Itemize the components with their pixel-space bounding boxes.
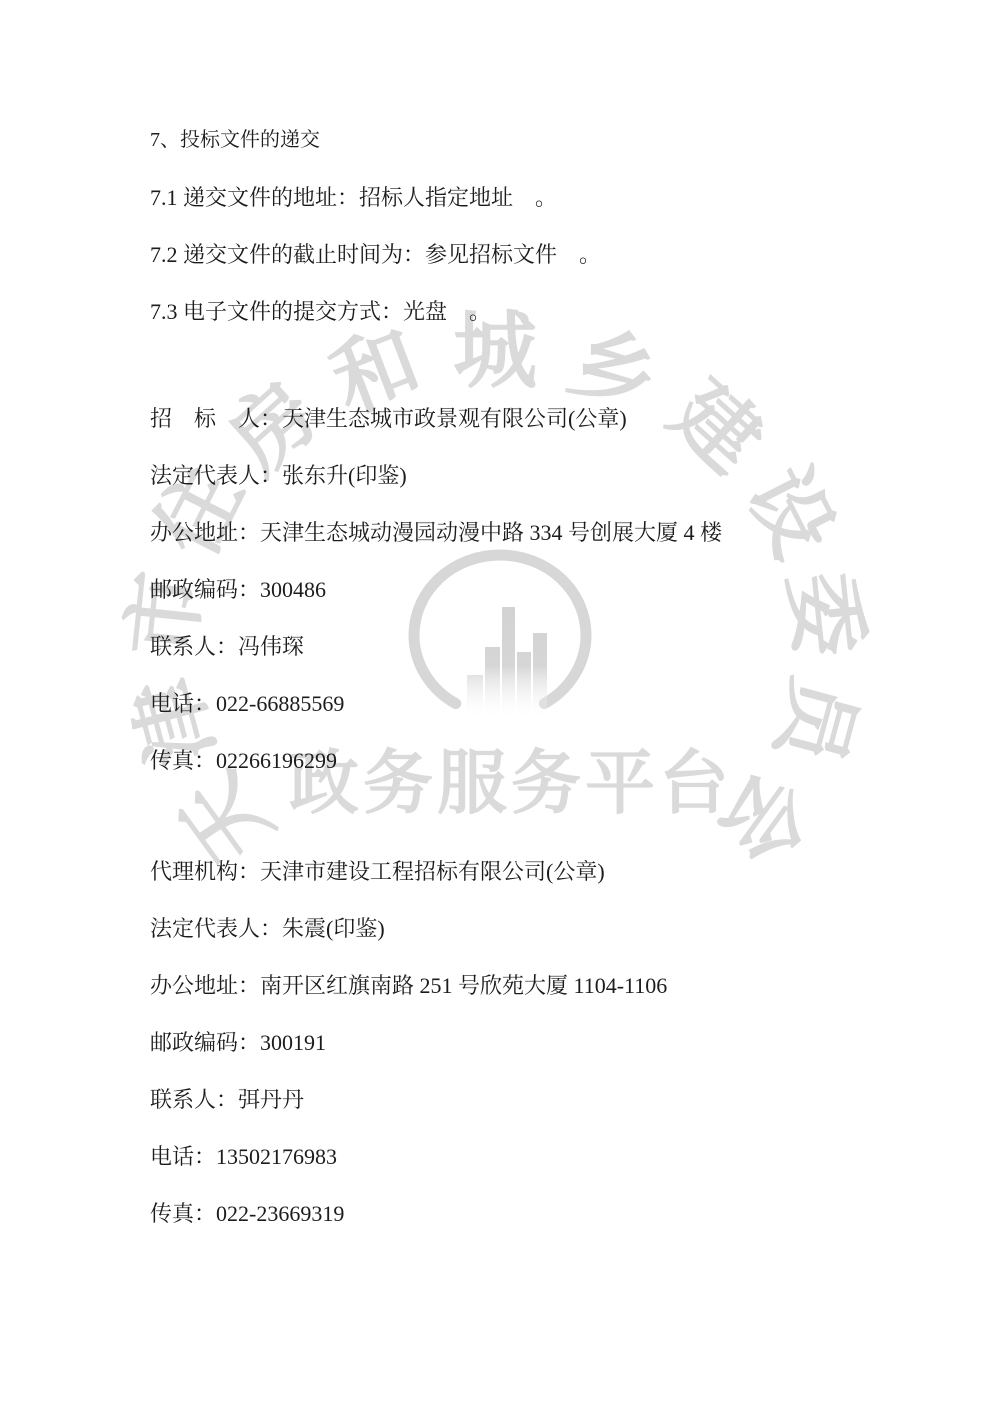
field-value: 天津生态城市政景观有限公司(公章) [282, 406, 627, 431]
agency-legal-rep-line: 法定代表人：朱震(印鉴) [150, 914, 900, 943]
field-value: 13502176983 [216, 1144, 337, 1169]
clause-7-2: 7.2 递交文件的截止时间为：参见招标文件 。 [150, 240, 900, 269]
field-label: 传真： [150, 748, 216, 773]
field-label: 法定代表人： [150, 916, 282, 941]
field-label: 电话： [150, 1144, 216, 1169]
field-label: 代理机构： [150, 859, 260, 884]
field-label: 邮政编码： [150, 1030, 260, 1055]
field-value: 天津市建设工程招标有限公司(公章) [260, 859, 605, 884]
field-value: 弭丹丹 [238, 1087, 304, 1112]
field-value: 朱震(印鉴) [282, 916, 385, 941]
field-value: 南开区红旗南路 251 号欣苑大厦 1104-1106 [260, 973, 667, 998]
clause-heading: 7、投标文件的递交 [150, 126, 900, 155]
field-label: 联系人： [150, 634, 238, 659]
field-value: 022-66885569 [216, 691, 344, 716]
agency-postcode-line: 邮政编码：300191 [150, 1028, 900, 1057]
tenderer-name-line: 招 标 人：天津生态城市政景观有限公司(公章) [150, 404, 900, 433]
field-label: 办公地址： [150, 973, 260, 998]
field-value: 300486 [260, 577, 326, 602]
tenderer-legal-rep-line: 法定代表人：张东升(印鉴) [150, 461, 900, 490]
field-label: 法定代表人： [150, 463, 282, 488]
tenderer-contact-line: 联系人：冯伟琛 [150, 632, 900, 661]
field-value: 张东升(印鉴) [282, 463, 407, 488]
tenderer-address-line: 办公地址：天津生态城动漫园动漫中路 334 号创展大厦 4 楼 [150, 518, 900, 547]
field-label: 联系人： [150, 1087, 238, 1112]
field-value: 02266196299 [216, 748, 337, 773]
field-value: 天津生态城动漫园动漫中路 334 号创展大厦 4 楼 [260, 520, 722, 545]
field-value: 022-23669319 [216, 1201, 344, 1226]
agency-name-line: 代理机构：天津市建设工程招标有限公司(公章) [150, 857, 900, 886]
agency-address-line: 办公地址：南开区红旗南路 251 号欣苑大厦 1104-1106 [150, 971, 900, 1000]
clause-7-1: 7.1 递交文件的地址：招标人指定地址 。 [150, 183, 900, 212]
clause-7-3: 7.3 电子文件的提交方式：光盘 。 [150, 297, 900, 326]
field-value: 300191 [260, 1030, 326, 1055]
field-label: 邮政编码： [150, 577, 260, 602]
document-body: 7、投标文件的递交 7.1 递交文件的地址：招标人指定地址 。 7.2 递交文件… [0, 0, 1000, 1228]
tenderer-fax-line: 传真：02266196299 [150, 746, 900, 775]
tenderer-phone-line: 电话：022-66885569 [150, 689, 900, 718]
field-label: 电话： [150, 691, 216, 716]
field-value: 冯伟琛 [238, 634, 304, 659]
field-label: 传真： [150, 1201, 216, 1226]
field-label: 办公地址： [150, 520, 260, 545]
agency-fax-line: 传真：022-23669319 [150, 1199, 900, 1228]
tenderer-postcode-line: 邮政编码：300486 [150, 575, 900, 604]
agency-phone-line: 电话：13502176983 [150, 1142, 900, 1171]
field-label: 招 标 人： [150, 406, 282, 431]
agency-contact-line: 联系人：弭丹丹 [150, 1085, 900, 1114]
